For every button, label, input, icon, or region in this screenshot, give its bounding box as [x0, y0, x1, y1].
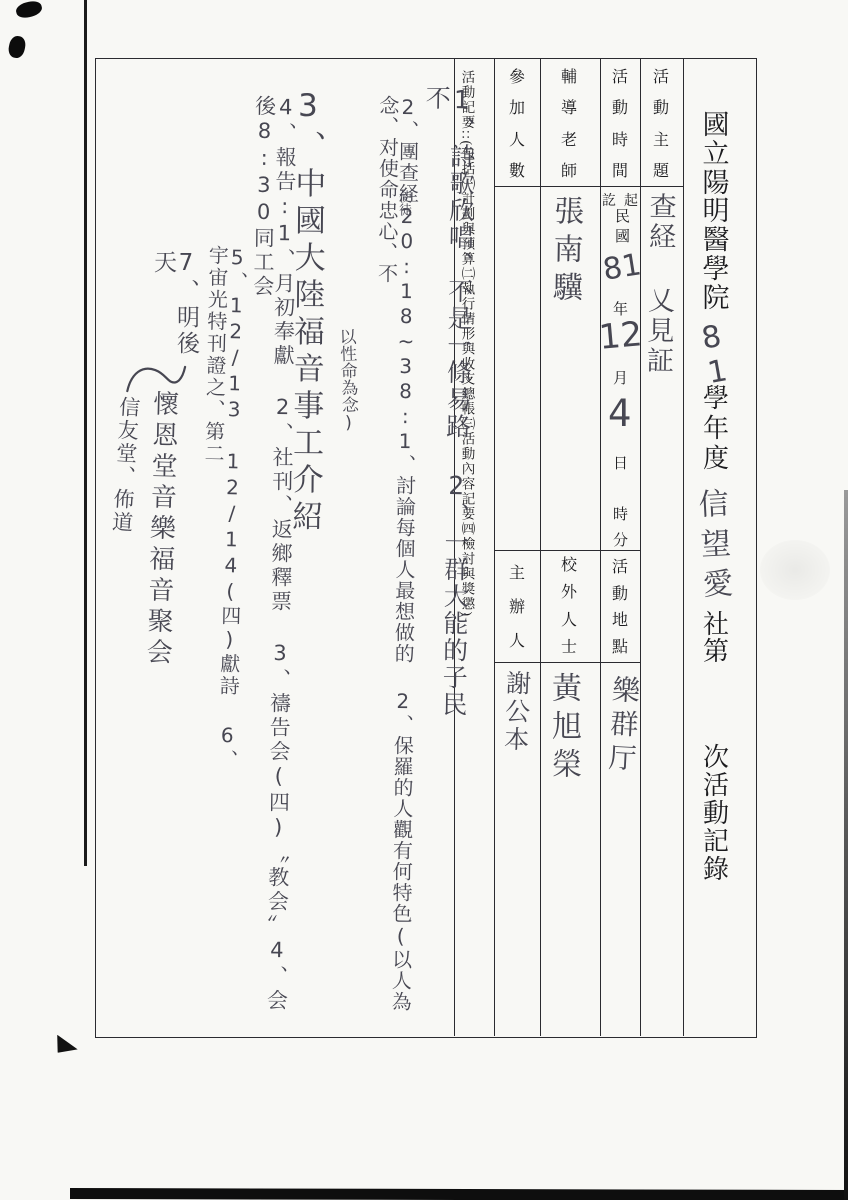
column-divider-theme-left	[640, 58, 641, 1036]
field-label-outside-guest: 校外人士	[561, 558, 577, 656]
row-divider-middle	[494, 550, 640, 551]
school-name: 國立陽明醫學院	[702, 112, 730, 312]
time-start-end-pair: 起 訖	[602, 190, 638, 210]
note-line-1: 1、詩歌欣唱、不是一條易路 2、一群大能的子民 不	[416, 85, 475, 726]
time-minute-unit: 分	[613, 529, 628, 550]
time-era: 民國	[613, 208, 628, 248]
column-divider-title-left	[683, 58, 684, 1036]
time-day-handwritten: 4	[608, 392, 632, 435]
time-hour-unit: 時	[613, 503, 628, 524]
field-value-advisor: 張南驥	[547, 195, 580, 370]
scan-right-edge-line	[844, 490, 848, 1200]
scan-blob-top-left-1	[15, 0, 44, 20]
note-line-4: 4、報告:1、月初奉獻 2、社刊、返鄉釋票 3、禱告会(四)〝教会〞4、会後8:…	[244, 95, 296, 1025]
field-label-theme: 活動主題	[653, 70, 669, 180]
club-name-handwritten: 信望愛	[694, 487, 730, 608]
field-label-participants: 參加人數	[509, 70, 525, 180]
record-label: 次活動記錄	[703, 745, 729, 883]
scan-blob-top-left-2	[7, 35, 27, 60]
field-label-place: 活動地點	[612, 560, 628, 656]
row-divider-lower-labels	[494, 662, 640, 663]
time-start-char: 起	[624, 190, 638, 210]
field-value-organizer: 謝公本	[501, 670, 530, 791]
time-month-handwritten: 12	[597, 314, 644, 358]
note-line-2-scripture-ref: 使徒	[397, 190, 410, 216]
scan-bottom-left-mark	[52, 1035, 80, 1059]
field-value-theme: 查経 乂見証	[643, 192, 674, 407]
note-line-6: 7、明後天	[151, 250, 197, 370]
field-label-advisor: 輔導老師	[561, 70, 577, 180]
field-value-outside-guest: 黃旭榮	[548, 672, 578, 852]
time-month-unit: 月	[613, 367, 628, 388]
column-divider-advisor-left	[540, 58, 541, 1036]
scan-left-edge-line	[84, 0, 87, 866]
note-line-2: 2、團查経20:18~38:1、討論每個人最想做的 2、保羅的人觀有何特色(以人…	[370, 95, 418, 1030]
column-divider-participants-left	[494, 58, 495, 1036]
field-label-time: 活動時間	[612, 70, 628, 180]
note-line-7: 懷恩堂音樂福音聚会	[143, 390, 177, 706]
club-label: 社第	[703, 612, 729, 665]
note-line-5: 5、12/13 12/14(四)獻詩 6、宇宙光特刊證之、第二	[196, 245, 247, 776]
time-end-char: 訖	[602, 190, 616, 210]
scan-smudge	[760, 540, 830, 600]
time-day-unit: 日	[613, 452, 628, 473]
scanned-form-page: 國立陽明醫學院 81 學年度 信望愛 社第 次活動記錄 活動主題 查経 乂見証 …	[0, 0, 848, 1200]
time-year-handwritten: 81	[600, 247, 643, 288]
academic-year-label: 學年度	[703, 386, 729, 472]
row-divider-labels	[494, 186, 683, 187]
field-label-organizer: 主辦人	[509, 566, 525, 650]
scan-bottom-band	[70, 1188, 848, 1200]
